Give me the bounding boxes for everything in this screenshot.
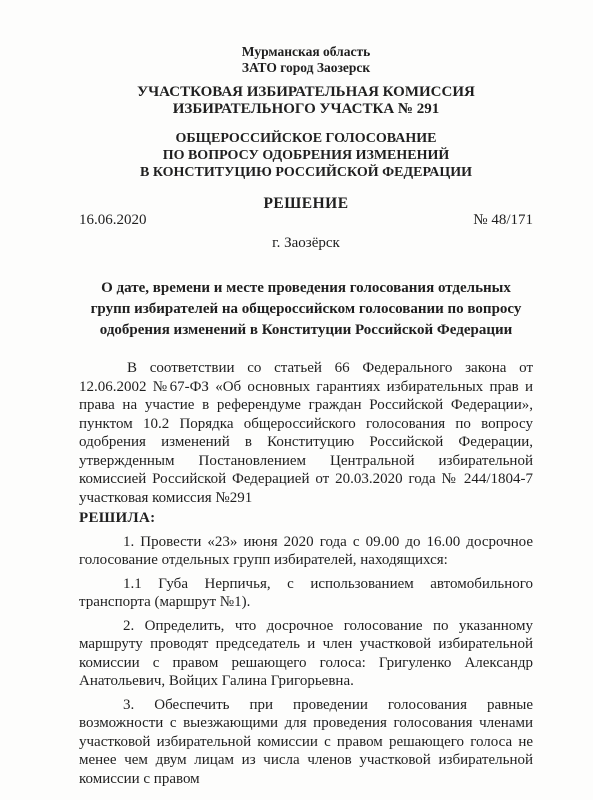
decision-item-1: 1. Провести «23» июня 2020 года с 09.00 … [79,533,533,570]
document-number: № 48/171 [473,212,533,229]
header-region: Мурманская область [79,44,533,60]
voting-heading-line2: ПО ВОПРОСУ ОДОБРЕНИЯ ИЗМЕНЕНИЙ [79,147,533,164]
document-page: Мурманская область ЗАТО город Заозерск У… [0,0,593,800]
decision-item-2: 2. Определить, что досрочное голосование… [79,617,533,691]
document-body: В соответствии со статьей 66 Федеральног… [79,359,533,788]
date-number-row: 16.06.2020 № 48/171 [79,212,533,229]
commission-name-line1: УЧАСТКОВАЯ ИЗБИРАТЕЛЬНАЯ КОМИССИЯ [79,84,533,101]
document-type-heading: РЕШЕНИЕ [79,195,533,212]
preamble-paragraph: В соответствии со статьей 66 Федеральног… [79,359,533,507]
commission-name-line2: ИЗБИРАТЕЛЬНОГО УЧАСТКА № 291 [79,101,533,118]
voting-heading: ОБЩЕРОССИЙСКОЕ ГОЛОСОВАНИЕ ПО ВОПРОСУ ОД… [79,130,533,181]
document-place: г. Заозёрск [79,235,533,252]
document-title: О дате, времени и месте проведения голос… [79,278,533,341]
voting-heading-line1: ОБЩЕРОССИЙСКОЕ ГОЛОСОВАНИЕ [79,130,533,147]
resolved-label: РЕШИЛА: [79,509,533,528]
decision-item-1-1: 1.1 Губа Нерпичья, с использованием авто… [79,575,533,612]
commission-name: УЧАСТКОВАЯ ИЗБИРАТЕЛЬНАЯ КОМИССИЯ ИЗБИРА… [79,84,533,118]
document-date: 16.06.2020 [79,212,147,229]
voting-heading-line3: В КОНСТИТУЦИЮ РОССИЙСКОЙ ФЕДЕРАЦИИ [79,164,533,181]
header-municipality: ЗАТО город Заозерск [79,60,533,76]
decision-item-3: 3. Обеспечить при проведении голосования… [79,696,533,789]
